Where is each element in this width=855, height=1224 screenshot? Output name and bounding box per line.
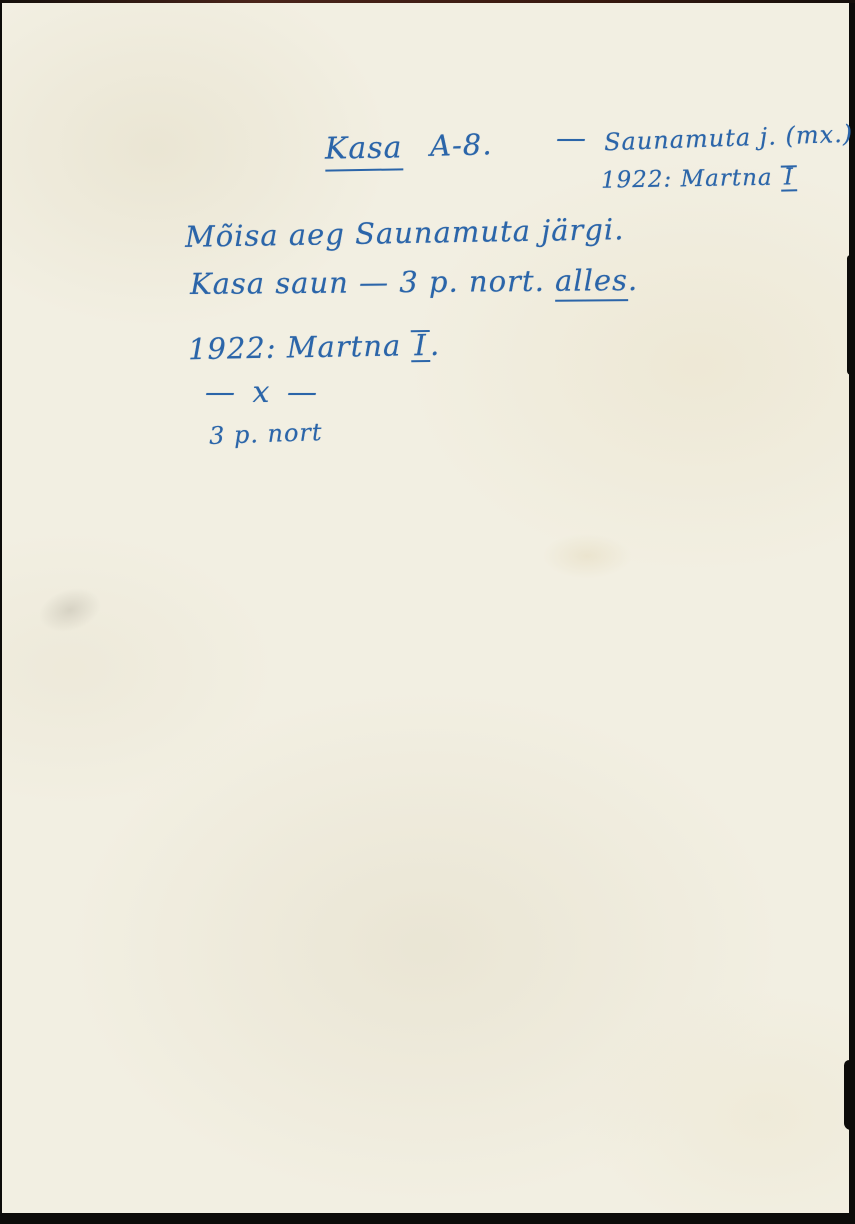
separator-mark: — x — xyxy=(205,375,321,410)
paper-edge-notch xyxy=(844,1060,851,1130)
pencil-smudge xyxy=(33,580,107,640)
paper-stain xyxy=(542,533,632,579)
card-title-tail: Saunamuta j. (mx.) xyxy=(604,120,854,157)
scanned-card: Kasa A-8. — Saunamuta j. (mx.) 1922: Mar… xyxy=(0,0,855,1224)
card-date-line: 1922: Martna I xyxy=(601,164,797,194)
paper-sheet: Kasa A-8. — Saunamuta j. (mx.) 1922: Mar… xyxy=(2,3,849,1213)
roman-numeral-one: I xyxy=(411,330,430,362)
note-line-3: 1922: Martna I. xyxy=(188,328,441,366)
underlined-title: Kasa xyxy=(325,130,403,171)
note-line-2: Kasa saun — 3 p. nort. alles. xyxy=(190,263,639,305)
note-line-1: Mõisa aeg Saunamuta järgi. xyxy=(185,212,625,254)
card-title-code: A-8. xyxy=(430,127,493,163)
note-line-4: 3 p. nort xyxy=(209,418,323,450)
note-line-2-period: . xyxy=(628,263,639,297)
note-line-3-text: 1922: Martna xyxy=(188,328,412,366)
note-line-2-text: Kasa saun — 3 p. nort. xyxy=(190,264,555,301)
roman-numeral-one: I xyxy=(781,165,798,191)
paper-edge-notch xyxy=(847,255,851,375)
card-title-dash: — xyxy=(556,121,587,156)
underlined-word-alles: alles xyxy=(555,263,628,302)
scan-top-edge xyxy=(0,0,855,3)
note-line-3-period: . xyxy=(430,328,441,362)
card-title-name: Kasa xyxy=(325,130,403,171)
date-text: 1922: Martna xyxy=(601,165,773,194)
